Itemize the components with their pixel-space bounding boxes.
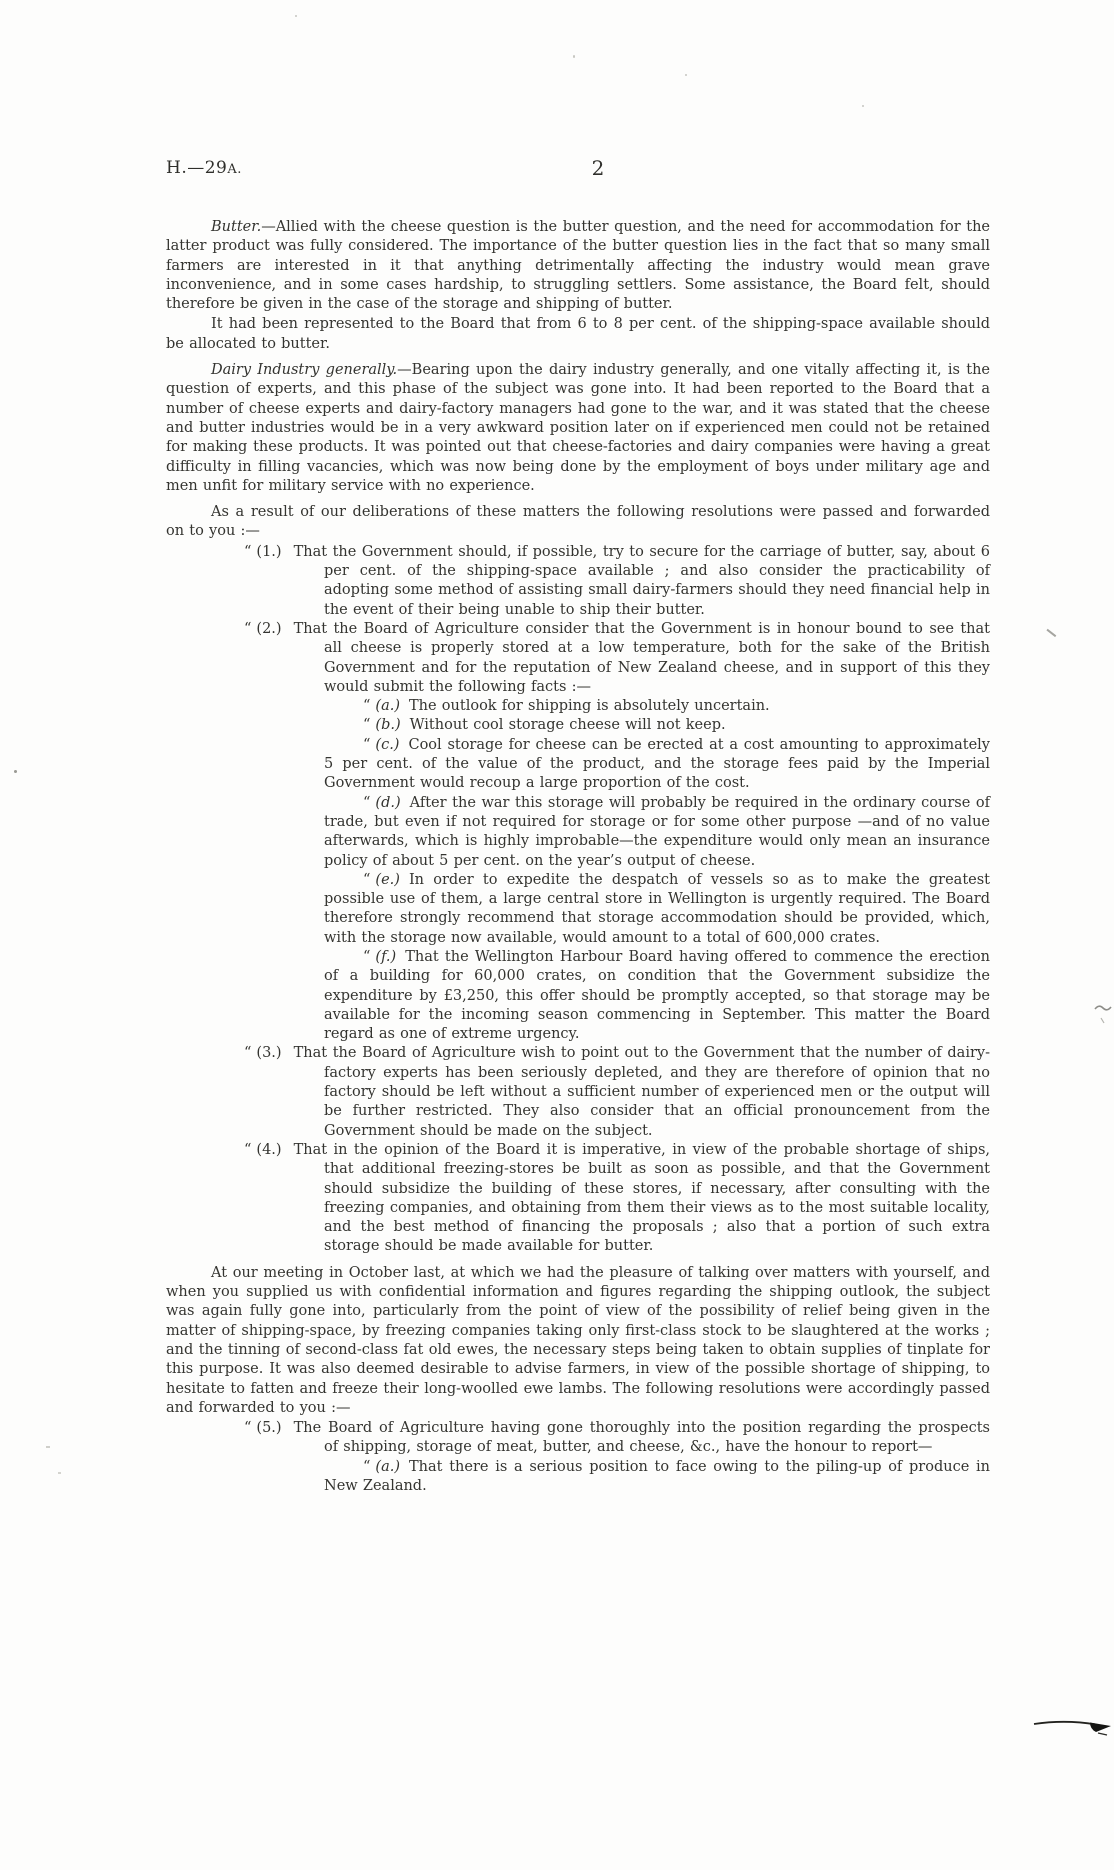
page-header: H.—29A. 2 — [166, 158, 990, 182]
quote-mark: “ — [244, 1045, 251, 1061]
scan-speck — [58, 1472, 61, 1474]
resolution-label: (e.) — [375, 872, 400, 888]
resolution-label: (1.) — [256, 544, 281, 560]
paragraph-lead-dairy: Dairy Industry generally. — [211, 362, 397, 378]
scan-speck — [573, 55, 575, 58]
quote-mark: “ — [363, 872, 370, 888]
resolution-text: That in the opinion of the Board it is i… — [294, 1142, 990, 1254]
page-number: 2 — [592, 156, 605, 180]
resolution-label: (d.) — [375, 795, 400, 811]
scan-speck — [46, 1446, 50, 1448]
quote-mark: “ — [363, 737, 370, 753]
paragraph-butter: Butter.—Allied with the cheese question … — [166, 218, 990, 314]
resolution-text: The Board of Agriculture having gone tho… — [294, 1420, 990, 1455]
resolution-item-2e: “(e.)In order to expedite the despatch o… — [166, 871, 990, 948]
quote-mark: “ — [244, 1420, 251, 1436]
resolution-text: In order to expedite the despatch of ves… — [324, 872, 990, 946]
paragraph-text: —Bearing upon the dairy industry general… — [166, 362, 990, 494]
resolution-text: After the war this storage will probably… — [324, 795, 990, 869]
document-page: H.—29A. 2 Butter.—Allied with the cheese… — [0, 0, 1114, 1870]
quote-mark: “ — [244, 1142, 251, 1158]
resolution-label: (5.) — [256, 1420, 281, 1436]
quote-mark: “ — [363, 1459, 370, 1475]
scan-squiggle-mark — [1094, 1002, 1112, 1028]
quote-mark: “ — [363, 698, 370, 714]
paragraph-october-meeting: At our meeting in October last, at which… — [166, 1264, 990, 1418]
resolution-text: Without cool storage cheese will not kee… — [410, 717, 726, 733]
document-body: Butter.—Allied with the cheese question … — [166, 218, 990, 1496]
quote-mark: “ — [244, 544, 251, 560]
resolution-item-4: “(4.)That in the opinion of the Board it… — [166, 1141, 990, 1257]
resolution-item-2f: “(f.)That the Wellington Harbour Board h… — [166, 948, 990, 1044]
paragraph-lead-butter: Butter. — [211, 219, 261, 235]
resolution-text: That the Wellington Harbour Board having… — [324, 949, 990, 1042]
paragraph-text: —Allied with the cheese question is the … — [166, 219, 990, 312]
resolution-label: (a.) — [375, 698, 400, 714]
resolution-text: The outlook for shipping is absolutely u… — [409, 698, 770, 714]
resolution-text: That the Board of Agriculture consider t… — [294, 621, 990, 695]
resolution-text: That there is a serious position to face… — [324, 1459, 990, 1494]
resolution-label: (b.) — [375, 717, 400, 733]
document-reference-suffix: A. — [227, 162, 242, 177]
resolution-text: That the Government should, if possible,… — [294, 544, 990, 618]
resolution-text: That the Board of Agriculture wish to po… — [294, 1045, 990, 1138]
resolution-label: (a.) — [375, 1459, 400, 1475]
resolution-label: (3.) — [256, 1045, 281, 1061]
paragraph-resolutions-intro: As a result of our deliberations of thes… — [166, 503, 990, 542]
quote-mark: “ — [363, 717, 370, 733]
quote-mark: “ — [244, 621, 251, 637]
resolution-label: (2.) — [256, 621, 281, 637]
scan-speck — [14, 770, 17, 773]
scan-speck — [862, 105, 864, 107]
scan-speck — [685, 74, 687, 76]
resolution-item-5: “(5.)The Board of Agriculture having gon… — [166, 1419, 990, 1458]
quote-mark: “ — [363, 949, 370, 965]
resolution-item-5a: “(a.)That there is a serious position to… — [166, 1458, 990, 1497]
resolution-item-2: “(2.)That the Board of Agriculture consi… — [166, 620, 990, 697]
resolution-item-2c: “(c.)Cool storage for cheese can be erec… — [166, 736, 990, 794]
resolution-label: (c.) — [375, 737, 399, 753]
resolution-item-2a: “(a.)The outlook for shipping is absolut… — [166, 697, 990, 716]
resolution-item-3: “(3.)That the Board of Agriculture wish … — [166, 1044, 990, 1140]
resolution-item-1: “(1.)That the Government should, if poss… — [166, 543, 990, 620]
paragraph-shipping-space: It had been represented to the Board tha… — [166, 315, 990, 354]
quote-mark: “ — [363, 795, 370, 811]
resolution-label: (f.) — [375, 949, 396, 965]
resolution-item-2b: “(b.)Without cool storage cheese will no… — [166, 716, 990, 735]
resolution-label: (4.) — [256, 1142, 281, 1158]
resolution-text: Cool storage for cheese can be erected a… — [324, 737, 990, 792]
document-reference: H.—29A. — [166, 158, 242, 178]
scan-ink-stroke — [1032, 1708, 1114, 1742]
document-reference-main: H.—29 — [166, 158, 227, 178]
scan-speck — [295, 15, 297, 17]
scan-pencil-mark — [1047, 629, 1057, 637]
paragraph-dairy-industry: Dairy Industry generally.—Bearing upon t… — [166, 361, 990, 496]
text-column: H.—29A. 2 Butter.—Allied with the cheese… — [166, 158, 990, 1496]
resolution-item-2d: “(d.)After the war this storage will pro… — [166, 794, 990, 871]
